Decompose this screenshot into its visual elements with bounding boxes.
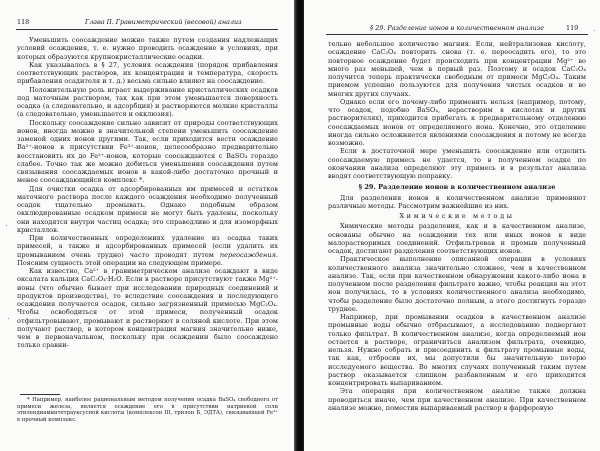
right-running-head: § 29. Разделение ионов в количественном … xyxy=(370,24,544,32)
paragraph: Например, при промывании осадков в качес… xyxy=(328,313,586,387)
left-page-number: 118 xyxy=(17,18,29,26)
paragraph: Уменьшить соосаждение можно также путем … xyxy=(17,36,278,61)
left-body-text: Уменьшить соосаждение можно также путем … xyxy=(17,36,278,350)
paragraph: Практическое выполнение описанной операц… xyxy=(328,255,586,313)
footnote: * Например, наиболее рациональным методо… xyxy=(17,397,278,423)
left-page: 118 Глава II. Гравиметрический (весовой)… xyxy=(0,0,296,451)
right-body-text: тельно небольшое количество магния. Если… xyxy=(328,40,586,412)
paragraph: При количественных определениях удаление… xyxy=(17,234,278,267)
left-header-rule xyxy=(16,29,278,30)
footnote-rule xyxy=(20,394,60,395)
scan-speck xyxy=(6,225,7,226)
paragraph: Эта операция при количественном анализе … xyxy=(328,387,586,412)
footnote-text: * Например, наиболее рациональным методо… xyxy=(17,397,278,423)
paragraph: тельно небольшое количество магния. Если… xyxy=(328,40,586,98)
paragraph: Если в достаточной мере уменьшить соосаж… xyxy=(328,147,586,180)
scan-speck xyxy=(594,30,595,31)
right-page: § 29. Разделение ионов в количественном … xyxy=(304,0,600,451)
section-intro: Для разделения ионов в количественном ан… xyxy=(328,194,586,211)
paragraph: Однако если его почему-либо применить не… xyxy=(328,98,586,148)
subsection-heading: Химические методы xyxy=(328,212,586,220)
right-page-number: 119 xyxy=(566,24,578,32)
paragraph: Для очистки осадка от адсорбированных им… xyxy=(17,185,278,235)
paragraph: Положительную роль играет выдерживание к… xyxy=(17,86,278,119)
paragraph: Как известно, Ca²⁺ в гравиметрическом ан… xyxy=(17,267,278,350)
paragraph: Химические методы разделения, как и в ка… xyxy=(328,222,586,255)
section-heading: § 29. Разделение ионов в количественном … xyxy=(328,183,586,191)
right-header-rule xyxy=(326,34,588,35)
paragraph: Поскольку соосаждение сильно зависит от … xyxy=(17,119,278,185)
left-running-head: Глава II. Гравиметрический (весовой) ана… xyxy=(85,18,242,26)
scan-speck xyxy=(8,318,9,319)
paragraph: Как указывалось в § 27, условия осаждени… xyxy=(17,61,278,86)
emphasis-term: переосаждения xyxy=(220,251,276,259)
